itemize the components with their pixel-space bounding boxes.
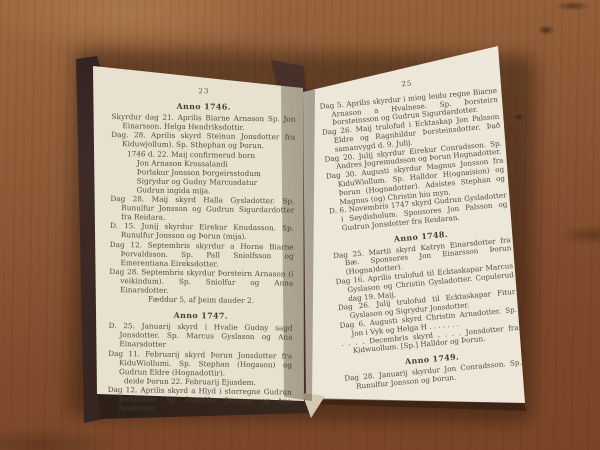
register-entry: Dag 11. Februarij skyrd Þorun Jonsdotter… (108, 349, 292, 379)
register-entry: Dag 28. Septembris skyrdur Þorsteirn Arn… (109, 267, 293, 297)
register-entry: Dag. 28. Aprilis skyrd Steinun Jonsdotte… (111, 130, 295, 151)
register-entry: Dag 12. Aprilis skyrd a Hlyd i storregne… (107, 385, 291, 415)
register-entry: Dag 12. Septembris skyrdur a Horne Biarn… (109, 239, 293, 269)
wood-table: 23 Anno 1746. Skyrdur dag 21. Aprilis Bi… (0, 0, 600, 450)
left-page-number: 23 (112, 86, 296, 98)
register-entry: Fæddur 5, af þeim dauder 2. (109, 294, 293, 306)
register-entry: Dag 28. Maij skyrd Halla Gysladotter. Sp… (110, 194, 294, 224)
anno-1746-heading: Anno 1746. (112, 101, 296, 113)
right-page-text: 25 Dag 5. Aprilis skyrdur i miog leidu r… (318, 72, 523, 392)
register-entry: D. 15. Junij skyrdur Eirekur Knudasson. … (110, 221, 294, 242)
register-entry: D. 25. Januarij skyrd i Hvalie Gudny sag… (108, 321, 292, 351)
anno-1747-heading: Anno 1747. (109, 310, 293, 322)
left-page-text: 23 Anno 1746. Skyrdur dag 21. Aprilis Bi… (107, 86, 296, 415)
